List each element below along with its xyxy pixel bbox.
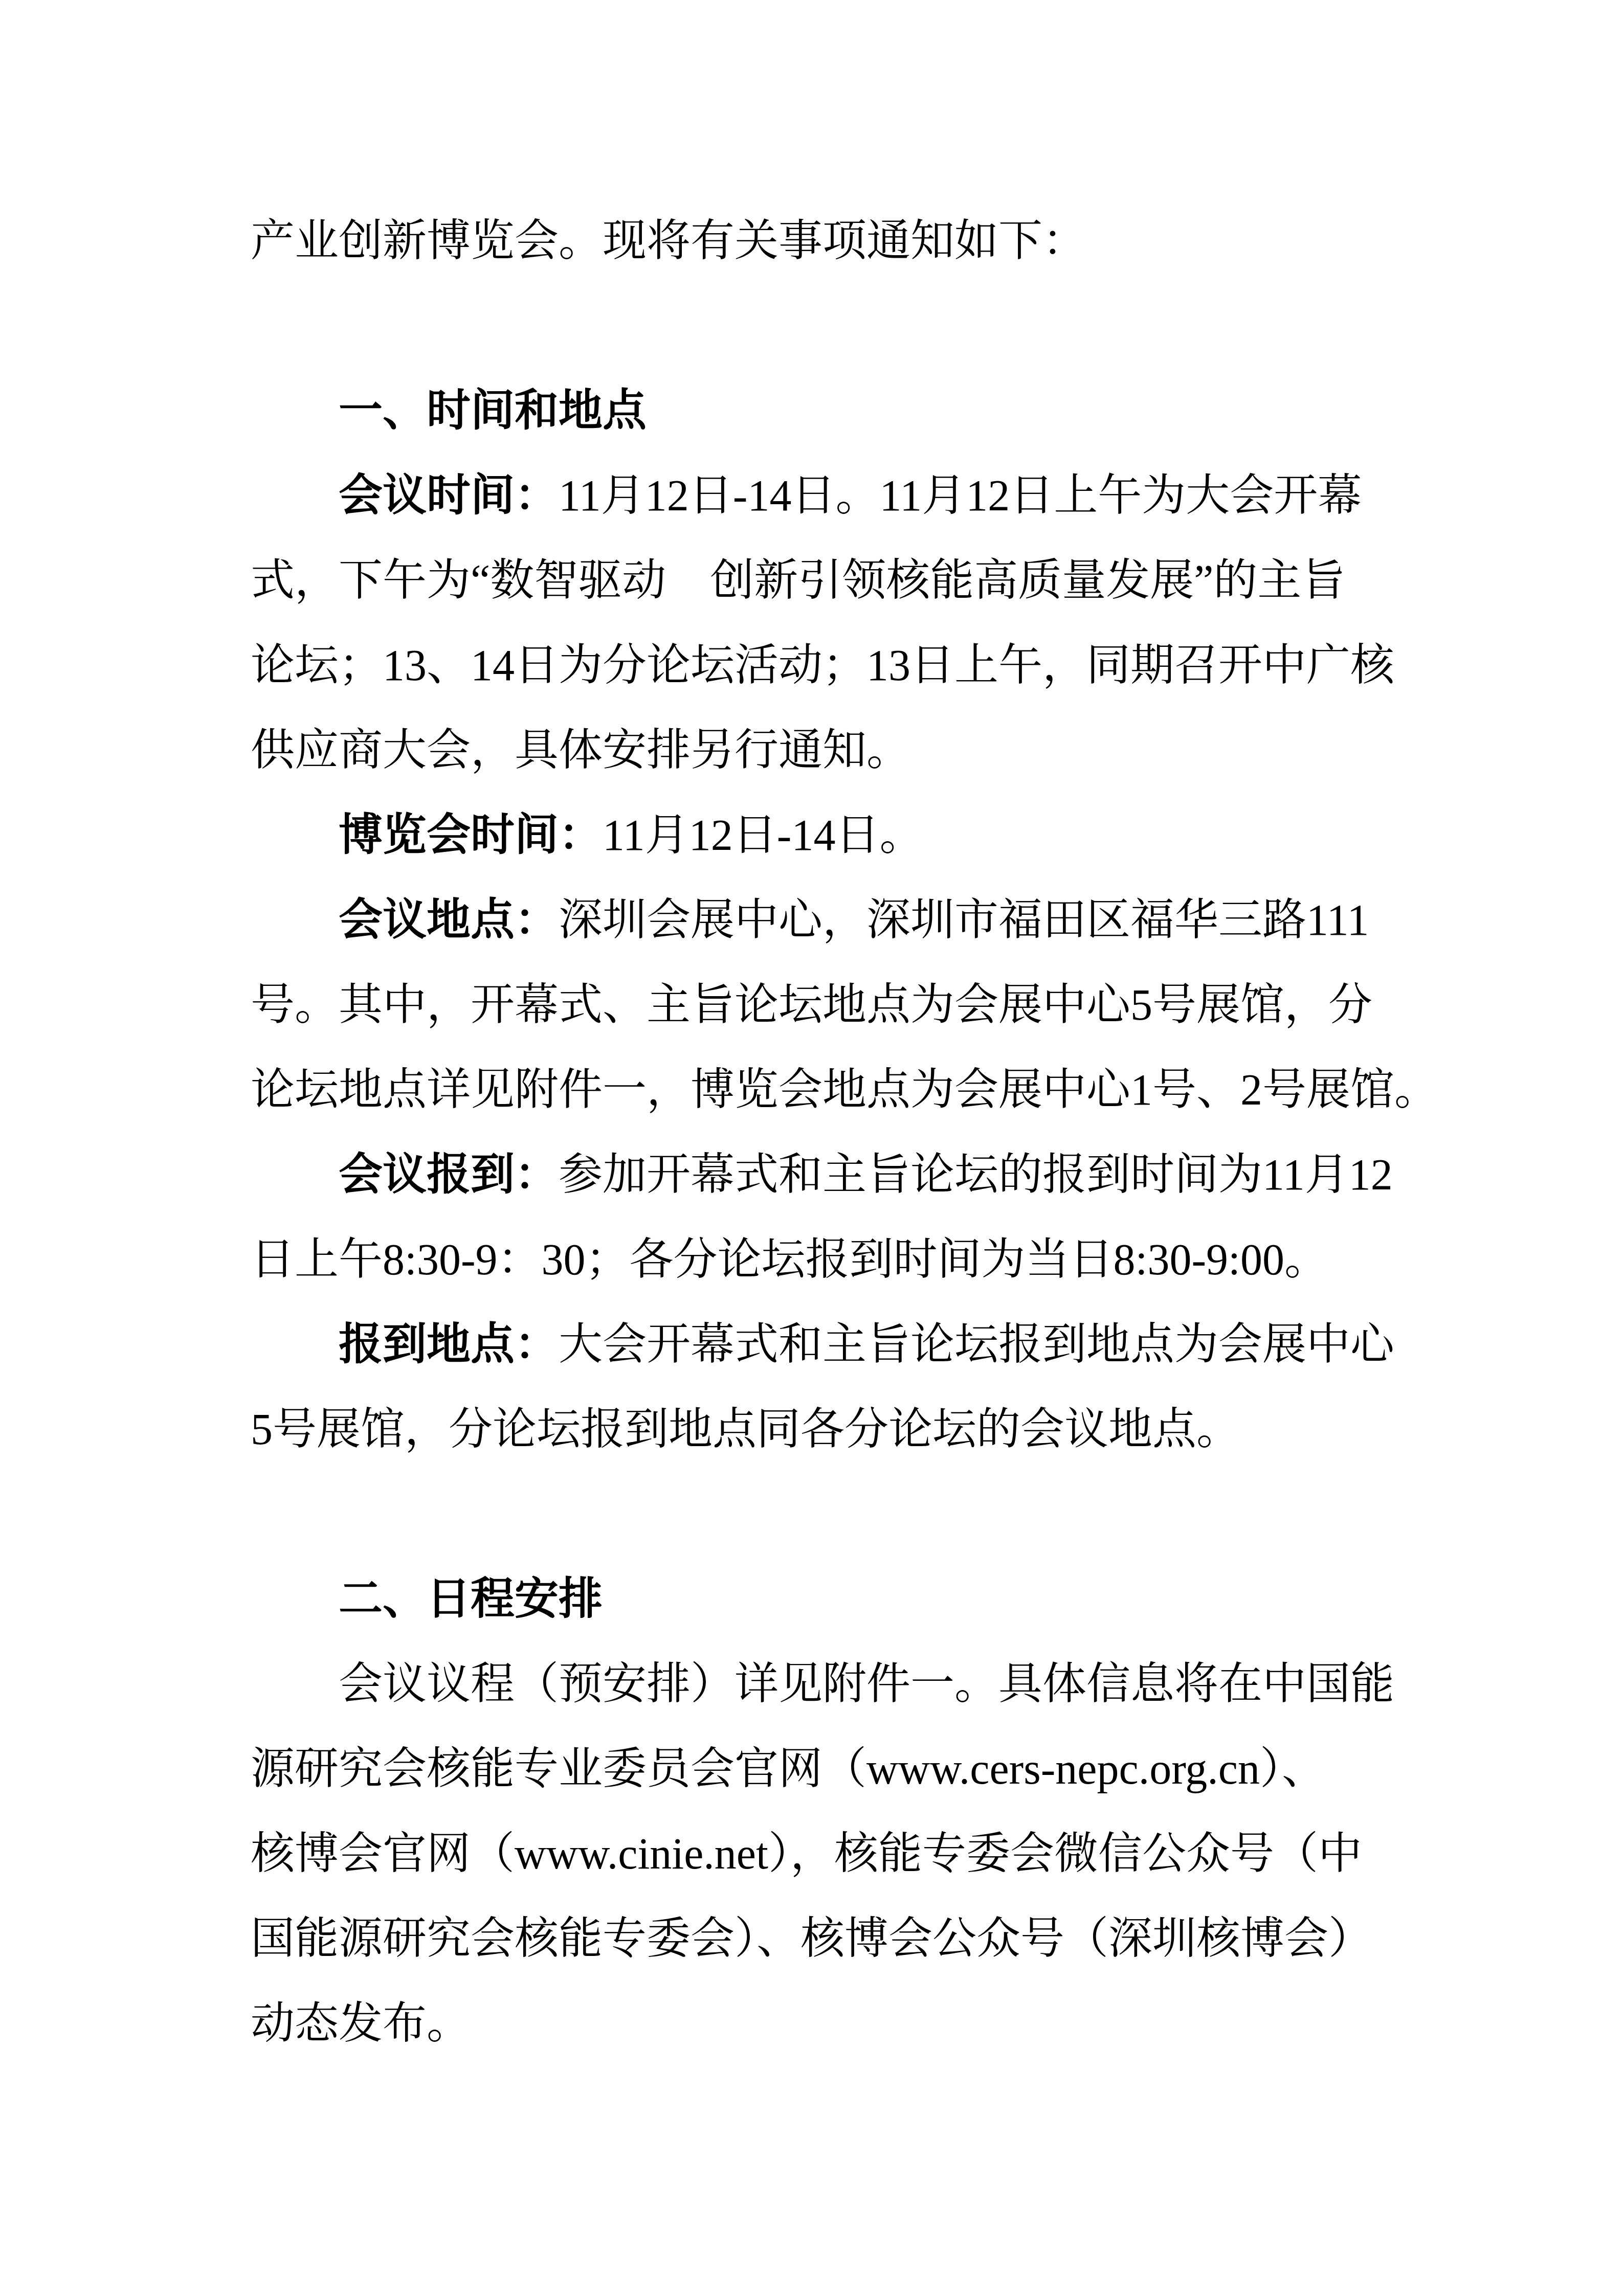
text-line: 号。其中，开幕式、主旨论坛地点为会展中心5号展馆，分 <box>251 962 1384 1047</box>
text-run: 核博会官网（www.cinie.net），核能专委会微信公众号（中 <box>251 1829 1362 1878</box>
text-line: 供应商大会，具体安排另行通知。 <box>251 708 1384 793</box>
blank-line <box>251 283 1384 368</box>
text-line: 式，下午为“数智驱动 创新引领核能高质量发展”的主旨 <box>251 538 1384 623</box>
text-run: 论坛；13、14日为分论坛活动；13日上午，同期召开中广核 <box>251 641 1394 690</box>
text-run: 深圳会展中心，深圳市福田区福华三路111 <box>559 895 1369 944</box>
document-page: 产业创新博览会。现将有关事项通知如下：一、时间和地点会议时间：11月12日-14… <box>0 0 1624 2296</box>
text-line: 5号展馆，分论坛报到地点同各分论坛的会议地点。 <box>251 1387 1384 1472</box>
text-run: 动态发布。 <box>251 1999 471 2048</box>
text-line: 论坛；13、14日为分论坛活动；13日上午，同期召开中广核 <box>251 623 1384 708</box>
text-run: 日上午8:30-9：30；各分论坛报到时间为当日8:30-9:00。 <box>251 1235 1328 1284</box>
text-run: 11月12日-14日。11月12日上午为大会开幕 <box>559 471 1362 520</box>
heading-line: 一、时间和地点 <box>251 368 1384 453</box>
bold-text-run: 会议报到： <box>339 1150 559 1199</box>
blank-line <box>251 1472 1384 1557</box>
bold-text-run: 二、日程安排 <box>339 1574 603 1624</box>
text-run: 5号展馆，分论坛报到地点同各分论坛的会议地点。 <box>251 1405 1240 1454</box>
text-line: 会议报到：参加开幕式和主旨论坛的报到时间为11月12 <box>251 1132 1384 1217</box>
bold-text-run: 一、时间和地点 <box>339 386 647 435</box>
text-line: 动态发布。 <box>251 1981 1384 2066</box>
text-run: 大会开幕式和主旨论坛报到地点为会展中心 <box>559 1320 1394 1369</box>
text-run: 产业创新博览会。现将有关事项通知如下： <box>251 216 1086 265</box>
text-line: 会议议程（预安排）详见附件一。具体信息将在中国能 <box>251 1641 1384 1726</box>
text-run: 号。其中，开幕式、主旨论坛地点为会展中心5号展馆，分 <box>251 980 1372 1029</box>
bold-text-run: 报到地点： <box>339 1320 559 1369</box>
text-line: 日上午8:30-9：30；各分论坛报到时间为当日8:30-9:00。 <box>251 1217 1384 1302</box>
text-line: 国能源研究会核能专委会）、核博会公众号（深圳核博会） <box>251 1896 1384 1981</box>
text-line: 核博会官网（www.cinie.net），核能专委会微信公众号（中 <box>251 1811 1384 1896</box>
text-line: 会议地点：深圳会展中心，深圳市福田区福华三路111 <box>251 877 1384 962</box>
text-run: 参加开幕式和主旨论坛的报到时间为11月12 <box>559 1150 1393 1199</box>
text-line: 产业创新博览会。现将有关事项通知如下： <box>251 198 1384 283</box>
bold-text-run: 会议地点： <box>339 895 559 944</box>
text-line: 博览会时间：11月12日-14日。 <box>251 793 1384 877</box>
text-line: 源研究会核能专业委员会官网（www.cers-nepc.org.cn）、 <box>251 1726 1384 1811</box>
document-text-body: 产业创新博览会。现将有关事项通知如下：一、时间和地点会议时间：11月12日-14… <box>251 198 1384 2066</box>
text-run: 源研究会核能专业委员会官网（www.cers-nepc.org.cn）、 <box>251 1744 1326 1793</box>
text-run: 11月12日-14日。 <box>603 811 923 860</box>
text-line: 报到地点：大会开幕式和主旨论坛报到地点为会展中心 <box>251 1302 1384 1387</box>
bold-text-run: 会议时间： <box>339 471 559 520</box>
text-line: 会议时间：11月12日-14日。11月12日上午为大会开幕 <box>251 453 1384 538</box>
heading-line: 二、日程安排 <box>251 1557 1384 1641</box>
text-line: 论坛地点详见附件一，博览会地点为会展中心1号、2号展馆。 <box>251 1047 1384 1132</box>
text-run: 式，下午为“数智驱动 创新引领核能高质量发展”的主旨 <box>251 556 1345 605</box>
text-run: 国能源研究会核能专委会）、核博会公众号（深圳核博会） <box>251 1914 1372 1963</box>
text-run: 会议议程（预安排）详见附件一。具体信息将在中国能 <box>339 1659 1394 1708</box>
text-run: 论坛地点详见附件一，博览会地点为会展中心1号、2号展馆。 <box>251 1065 1438 1114</box>
bold-text-run: 博览会时间： <box>339 811 603 860</box>
text-run: 供应商大会，具体安排另行通知。 <box>251 726 910 775</box>
